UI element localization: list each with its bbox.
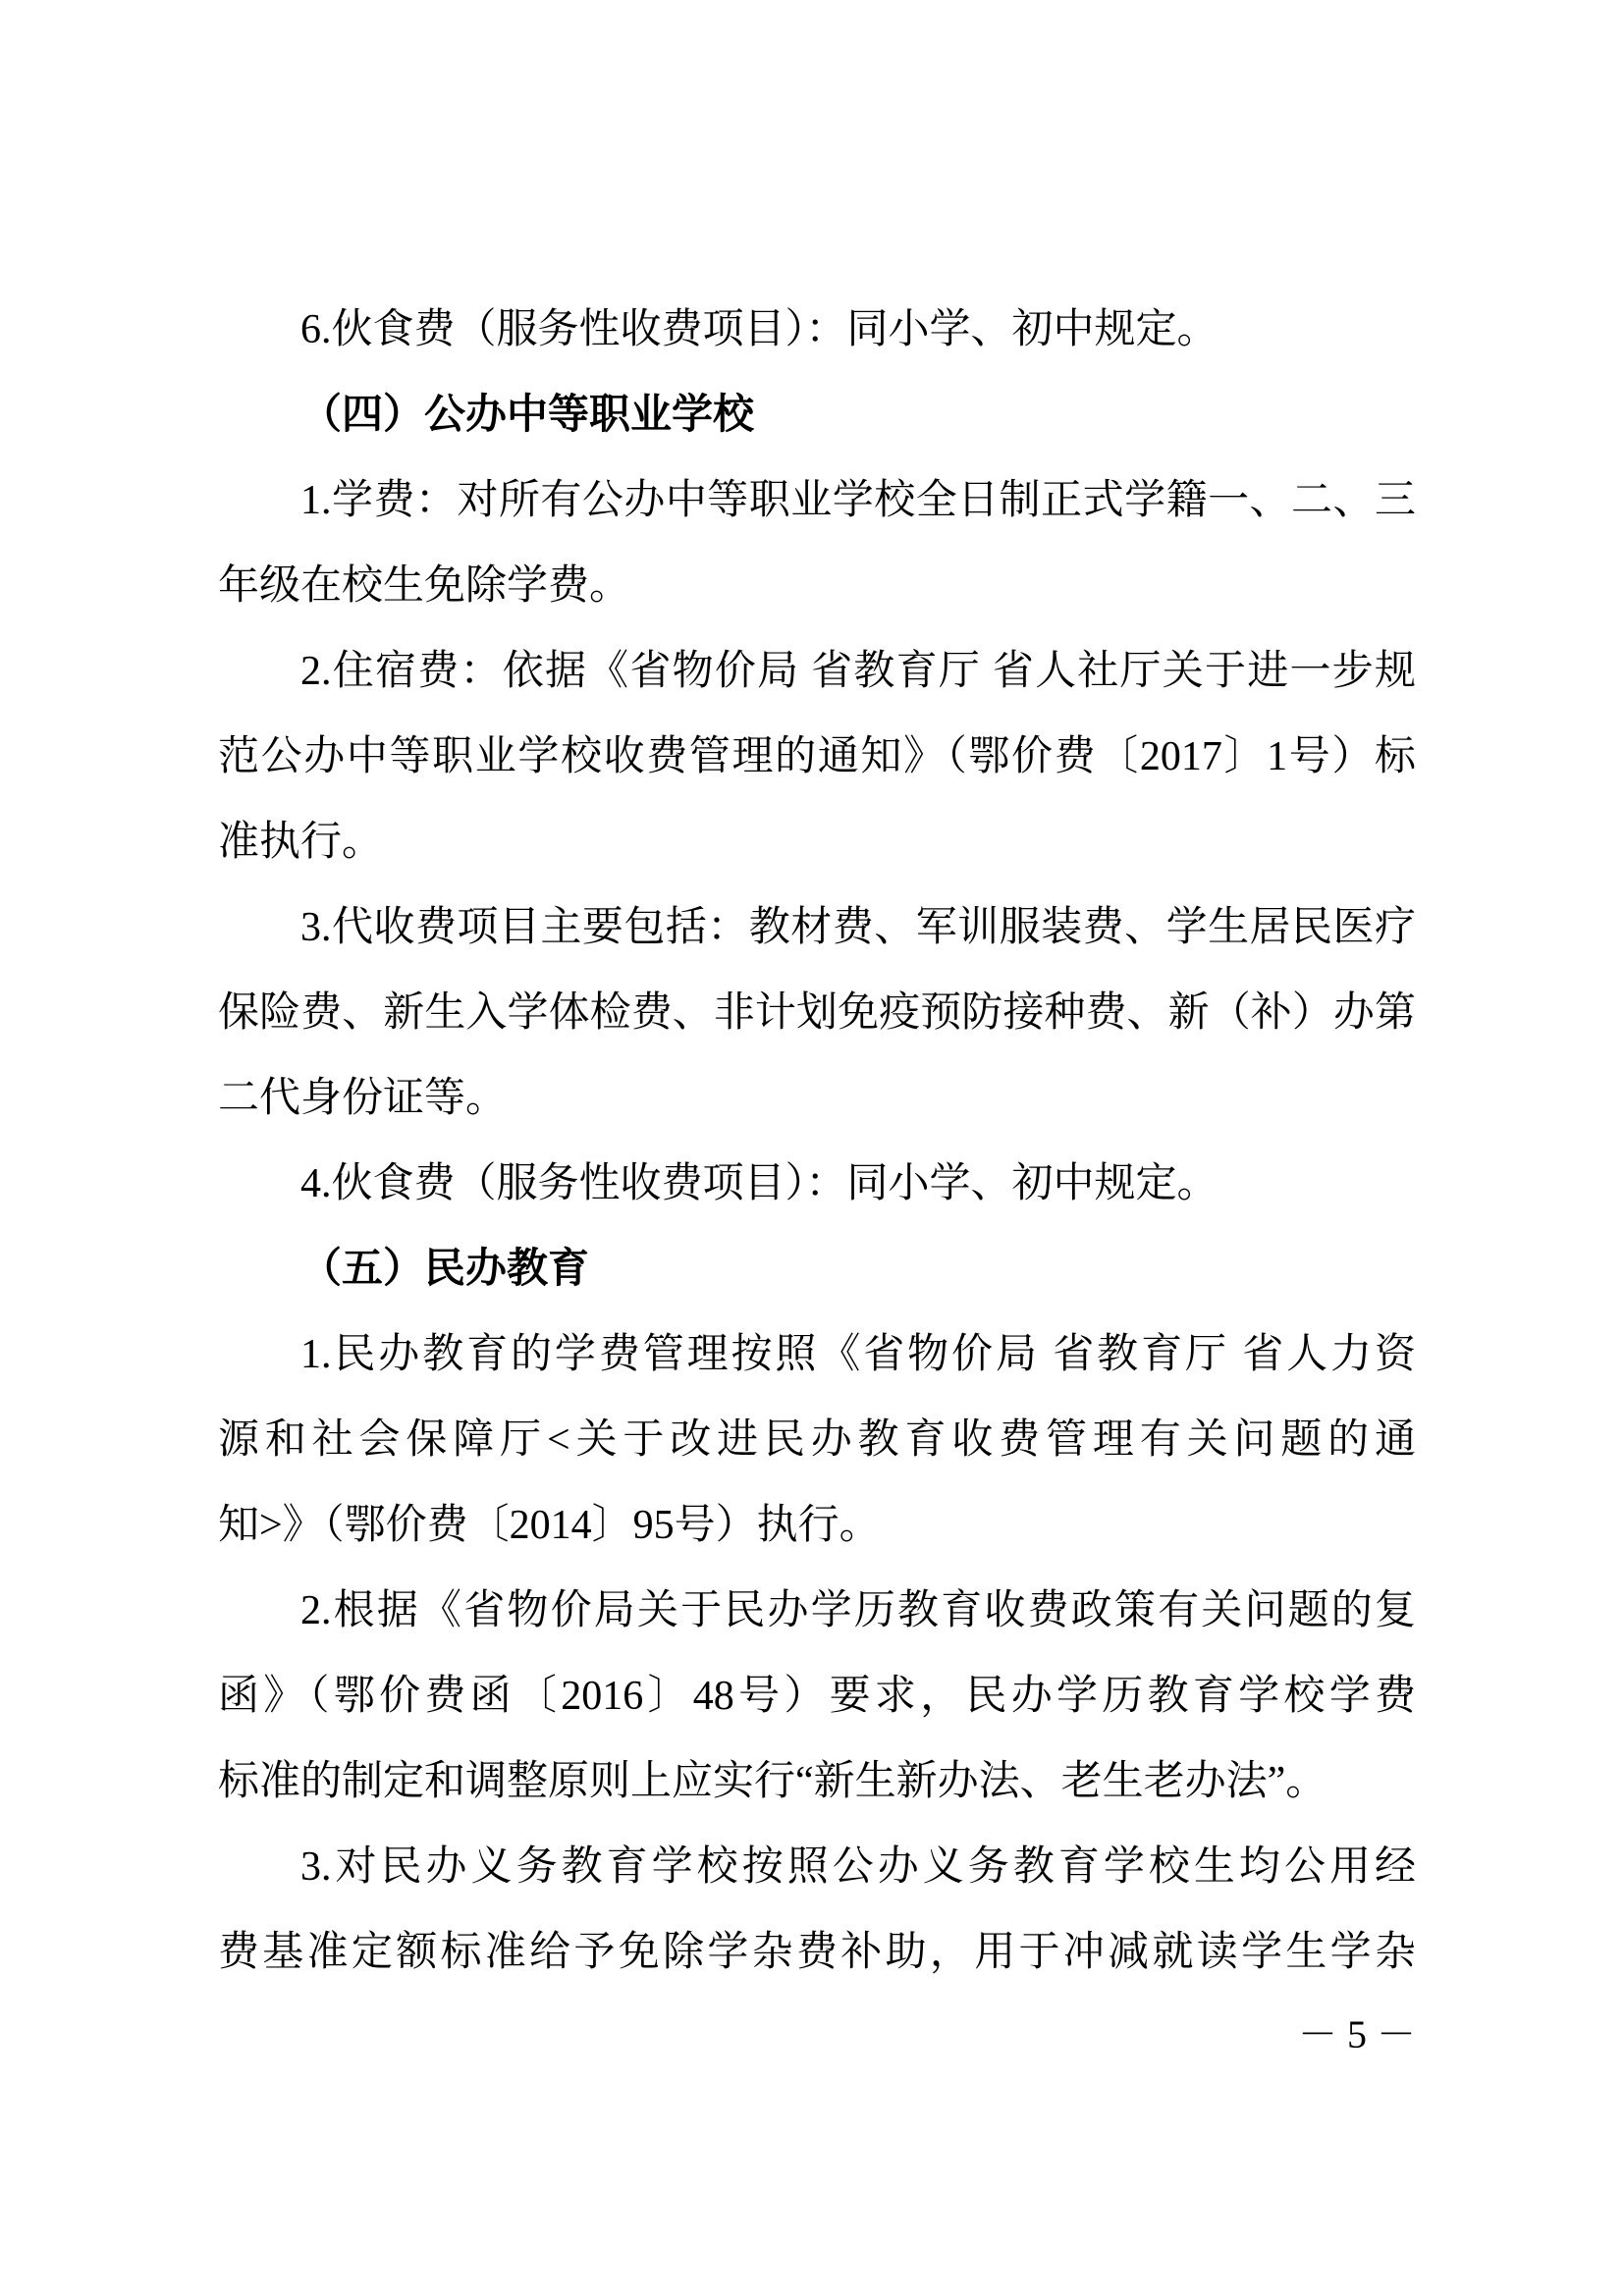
- text-line: 标准的制定和调整原则上应实行“新生新办法、老生老办法”。: [218, 1739, 1416, 1825]
- text-line: 函》（鄂价费函〔2016〕48号）要求，民办学历教育学校学费: [218, 1654, 1416, 1739]
- text-line: （四）公办中等职业学校: [218, 373, 1416, 458]
- text-line: 3.对民办义务教育学校按照公办义务教育学校生均公用经: [218, 1825, 1416, 1910]
- text-line: 准执行。: [218, 800, 1416, 885]
- document-page: 6.伙食费（服务性收费项目）：同小学、初中规定。（四）公办中等职业学校1.学费：…: [0, 0, 1624, 2296]
- paragraph: 3.对民办义务教育学校按照公办义务教育学校生均公用经费基准定额标准给予免除学杂费…: [218, 1825, 1416, 1996]
- document-body: 6.伙食费（服务性收费项目）：同小学、初中规定。（四）公办中等职业学校1.学费：…: [218, 288, 1416, 1996]
- text-line: 6.伙食费（服务性收费项目）：同小学、初中规定。: [218, 288, 1416, 373]
- paragraph: 2.根据《省物价局关于民办学历教育收费政策有关问题的复函》（鄂价费函〔2016〕…: [218, 1569, 1416, 1825]
- text-line: 4.伙食费（服务性收费项目）：同小学、初中规定。: [218, 1142, 1416, 1227]
- paragraph: 1.民办教育的学费管理按照《省物价局 省教育厅 省人力资源和社会保障厅<关于改进…: [218, 1312, 1416, 1569]
- text-line: 1.民办教育的学费管理按照《省物价局 省教育厅 省人力资: [218, 1312, 1416, 1398]
- text-line: （五）民办教育: [218, 1227, 1416, 1312]
- text-line: 二代身份证等。: [218, 1056, 1416, 1142]
- text-line: 范公办中等职业学校收费管理的通知》（鄂价费〔2017〕1号）标: [218, 715, 1416, 800]
- text-line: 年级在校生免除学费。: [218, 544, 1416, 629]
- section-heading: （五）民办教育: [218, 1227, 1416, 1312]
- text-line: 3.代收费项目主要包括：教材费、军训服装费、学生居民医疗: [218, 885, 1416, 971]
- section-heading: （四）公办中等职业学校: [218, 373, 1416, 458]
- text-line: 保险费、新生入学体检费、非计划免疫预防接种费、新（补）办第: [218, 971, 1416, 1056]
- paragraph: 3.代收费项目主要包括：教材费、军训服装费、学生居民医疗保险费、新生入学体检费、…: [218, 885, 1416, 1142]
- paragraph: 1.学费：对所有公办中等职业学校全日制正式学籍一、二、三年级在校生免除学费。: [218, 458, 1416, 629]
- page-number: － 5 －: [1298, 2008, 1416, 2061]
- paragraph: 2.住宿费：依据《省物价局 省教育厅 省人社厅关于进一步规范公办中等职业学校收费…: [218, 629, 1416, 885]
- text-line: 知>》（鄂价费〔2014〕95号）执行。: [218, 1483, 1416, 1569]
- paragraph: 6.伙食费（服务性收费项目）：同小学、初中规定。: [218, 288, 1416, 373]
- text-line: 源和社会保障厅<关于改进民办教育收费管理有关问题的通: [218, 1398, 1416, 1483]
- paragraph: 4.伙食费（服务性收费项目）：同小学、初中规定。: [218, 1142, 1416, 1227]
- text-line: 2.根据《省物价局关于民办学历教育收费政策有关问题的复: [218, 1569, 1416, 1654]
- text-line: 费基准定额标准给予免除学杂费补助，用于冲减就读学生学杂: [218, 1910, 1416, 1996]
- text-line: 1.学费：对所有公办中等职业学校全日制正式学籍一、二、三: [218, 458, 1416, 544]
- text-line: 2.住宿费：依据《省物价局 省教育厅 省人社厅关于进一步规: [218, 629, 1416, 715]
